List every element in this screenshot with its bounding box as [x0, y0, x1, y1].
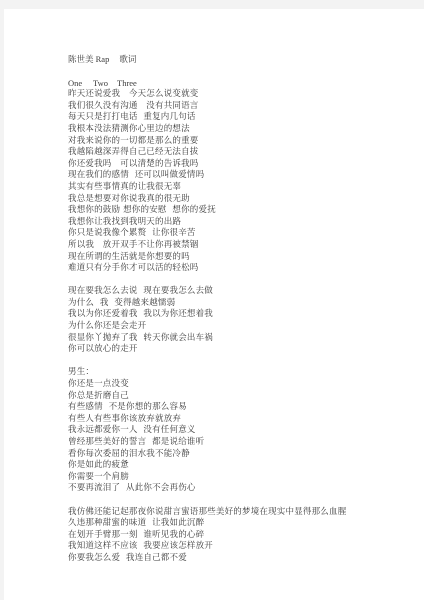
lyrics-line: 你还爱我吗 可以清楚的告诉我吗 — [68, 159, 408, 171]
count-one: One — [68, 78, 93, 90]
lyrics-document: 陈世美 Rap歌词 OneTwoThree 昨天还说爱我 今天怎么说变就变我们很… — [68, 53, 408, 565]
lyrics-line: 所以我 放开双手不让你再被禁锢 — [68, 240, 408, 252]
lyrics-line: 我知道这样不应该 我要应该怎样放开 — [68, 541, 408, 553]
lyrics-line: 为什么 我 变得越来越懦弱 — [68, 298, 408, 310]
lyrics-line: 你总是折磨自己 — [68, 391, 408, 403]
lyrics-line: 我们很久没有沟通 没有共同语言 — [68, 101, 408, 113]
lyrics-line: 有些感情 不是你想的那么容易 — [68, 402, 408, 414]
lyrics-line: 有些人有些事你该放弃就放弃 — [68, 414, 408, 426]
lyrics-line: 我永远都爱你一人 没有任何意义 — [68, 425, 408, 437]
lyrics-line: 你只是说我像个累赘 让你很辛苦 — [68, 228, 408, 240]
lyrics-stanza: 我仿佛还能记起那夜你说甜言蜜语那些美好的梦境在现实中显得那么血腥久违那种甜蜜的味… — [68, 507, 408, 565]
lyrics-line: 现在所谓的生活就是你想要的吗 — [68, 252, 408, 264]
title-label: 歌词 — [119, 54, 136, 64]
lyrics-line: 对我来说你的一切都是那么的重要 — [68, 136, 408, 148]
lyrics-line: 为什么你还是会走开 — [68, 321, 408, 333]
lyrics-line: 我总是想要对你说我真的很无助 — [68, 194, 408, 206]
lyrics-line: 我根本没法猜测你心里边的想法 — [68, 124, 408, 136]
lyrics-line: 久违那种甜蜜的味道 让我如此沉醉 — [68, 518, 408, 530]
lyrics-line: 其实有些事情真的让我很无辜 — [68, 182, 408, 194]
lyrics-line: 你可以放心的走开 — [68, 344, 408, 356]
lyrics-line: 男生： — [68, 367, 408, 379]
lyrics-line: 现在我们的感情 还可以叫做爱情吗 — [68, 170, 408, 182]
count-two: Two — [93, 78, 117, 90]
lyrics-line: 曾经那些美好的誓言 都是说给谁听 — [68, 437, 408, 449]
lyrics-line: 难道只有分手你才可以活的轻松吗 — [68, 263, 408, 275]
lyrics-line: 我想你的鼓励 想你的安慰 想你的爱抚 — [68, 205, 408, 217]
lyrics-line: 不要再流泪了 从此你不会再伤心 — [68, 483, 408, 495]
title-artist: 陈世美 Rap — [68, 54, 109, 64]
lyrics-line: 昨天还说爱我 今天怎么说变就变 — [68, 89, 408, 101]
lyrics-line: 我越陷越深弄得自己已经无法自拔 — [68, 147, 408, 159]
lyrics-line: 你要我怎么爱 我连自己都不爱 — [68, 553, 408, 565]
lyrics-stanza: 昨天还说爱我 今天怎么说变就变我们很久没有沟通 没有共同语言每天只是打打电话 重… — [68, 89, 408, 275]
lyrics-line: 我以为你还爱着我 我以为你还想着我 — [68, 309, 408, 321]
document-title: 陈世美 Rap歌词 — [68, 54, 408, 66]
lyrics-line: 我仿佛还能记起那夜你说甜言蜜语那些美好的梦境在现实中显得那么血腥 — [68, 507, 408, 519]
lyrics-line: 看你每次委屈的泪水我不能冷静 — [68, 449, 408, 461]
count-three: Three — [117, 78, 137, 90]
lyrics-line: 你是如此的疲惫 — [68, 460, 408, 472]
document-page: 陈世美 Rap歌词 OneTwoThree 昨天还说爱我 今天怎么说变就变我们很… — [4, 9, 424, 600]
lyrics-body: 昨天还说爱我 今天怎么说变就变我们很久没有沟通 没有共同语言每天只是打打电话 重… — [68, 89, 408, 564]
lyrics-line: 你还是一点没变 — [68, 379, 408, 391]
lyrics-line: 我想你让我找到我明天的出路 — [68, 217, 408, 229]
lyrics-line: 每天只是打打电话 重复内几句话 — [68, 112, 408, 124]
lyrics-line: 现在要我怎么去说 现在要我怎么去做 — [68, 286, 408, 298]
lyrics-line: 很显你丫抛弃了我 转天你就会出车祸 — [68, 333, 408, 345]
lyrics-line: 你需要一个肩膀 — [68, 472, 408, 484]
lyrics-stanza: 现在要我怎么去说 现在要我怎么去做为什么 我 变得越来越懦弱我以为你还爱着我 我… — [68, 286, 408, 356]
lyrics-line: 在划开手臂那一刻 谁听见我的心碎 — [68, 530, 408, 542]
count-in: OneTwoThree — [68, 78, 408, 90]
lyrics-stanza: 男生：你还是一点没变你总是折磨自己有些感情 不是你想的那么容易有些人有些事你该放… — [68, 367, 408, 495]
